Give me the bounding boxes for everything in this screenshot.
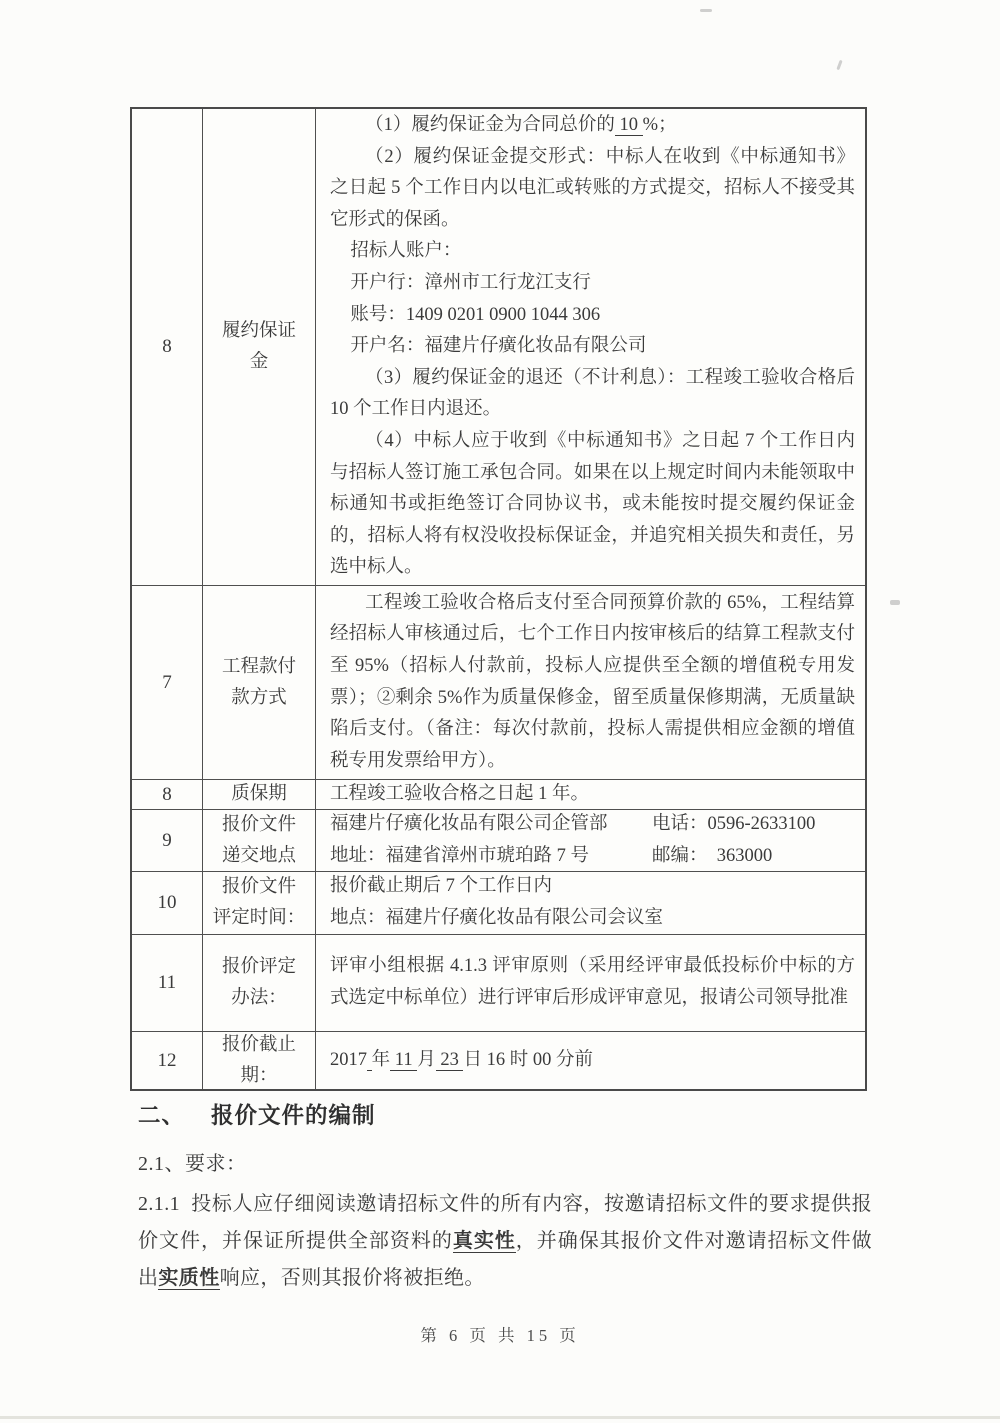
row-label-cell: 报价文件 递交地点: [203, 810, 316, 871]
text-run: 电话：0596-2633100: [652, 810, 855, 841]
row-content-cell: 2017 年 11 月 23 日 16 时 00 分前: [316, 1032, 865, 1089]
text-run: 邮编： 363000: [652, 841, 855, 872]
content-paragraph: 评审小组根据 4.1.3 评审原则（采用经评审最低投标价中标的方式选定中标单位）…: [330, 951, 855, 1014]
text-run: 11: [390, 1050, 417, 1071]
scan-speck-artifact: [836, 60, 842, 70]
text-run: %；: [643, 115, 677, 135]
text-run: 响应，否则其报价将被拒绝。: [220, 1267, 485, 1289]
content-line: 地址：福建省漳州市琥珀路 7 号邮编： 363000: [330, 841, 855, 872]
text-run: 月: [417, 1050, 436, 1070]
text-run: 工程竣工验收合格之日起 1 年。: [330, 784, 589, 804]
table-row: 8履约保证 金（1）履约保证金为合同总价的 10 %；（2）履约保证金提交形式：…: [132, 109, 865, 586]
content-paragraph: 报价截止期后 7 个工作日内: [330, 872, 855, 903]
text-run: 地址：福建省漳州市琥珀路 7 号: [330, 841, 652, 872]
section-heading-number: 二、: [138, 1103, 185, 1128]
text-run: 招标人账户：: [350, 241, 461, 261]
text-run: 10: [615, 115, 643, 136]
text-run: （1）履约保证金为合同总价的: [365, 115, 615, 135]
text-run: 福建片仔癀化妆品有限公司企管部: [330, 810, 652, 841]
section-heading-title: 报价文件的编制: [211, 1103, 376, 1128]
row-label-cell: 报价文件 评定时间：: [203, 872, 316, 934]
text-run: 真实性: [453, 1230, 516, 1253]
text-run: 工程竣工验收合格后支付至合同预算价款的 65%，工程结算经招标人审核通过后，七个…: [330, 593, 855, 771]
content-paragraph: 工程竣工验收合格后支付至合同预算价款的 65%，工程结算经招标人审核通过后，七个…: [330, 588, 855, 778]
section-heading: 二、报价文件的编制: [138, 1098, 872, 1130]
scan-edge-artifact: [0, 1416, 1000, 1419]
row-number-cell: 11: [132, 935, 203, 1031]
text-run: 年: [372, 1050, 391, 1070]
row-content-cell: 福建片仔癀化妆品有限公司企管部电话：0596-2633100地址：福建省漳州市琥…: [316, 810, 865, 871]
row-label-cell: 质保期: [203, 780, 316, 809]
table-row: 8质保期工程竣工验收合格之日起 1 年。: [132, 780, 865, 810]
scan-speck-artifact: [890, 600, 900, 605]
scan-speck-artifact: [700, 9, 712, 12]
document-page: 8履约保证 金（1）履约保证金为合同总价的 10 %；（2）履约保证金提交形式：…: [0, 0, 1000, 1423]
row-content-cell: 评审小组根据 4.1.3 评审原则（采用经评审最低投标价中标的方式选定中标单位）…: [316, 935, 865, 1031]
table-row: 12报价截止 期：2017 年 11 月 23 日 16 时 00 分前: [132, 1032, 865, 1089]
text-run: 开户名：福建片仔癀化妆品有限公司: [350, 336, 646, 356]
row-content-cell: （1）履约保证金为合同总价的 10 %；（2）履约保证金提交形式：中标人在收到《…: [316, 109, 865, 585]
row-content-cell: 报价截止期后 7 个工作日内地点：福建片仔癀化妆品有限公司会议室: [316, 872, 865, 934]
content-paragraph: 开户行：漳州市工行龙江支行: [330, 268, 855, 300]
text-run: 地点：福建片仔癀化妆品有限公司会议室: [330, 908, 663, 928]
content-paragraph: （2）履约保证金提交形式：中标人在收到《中标通知书》之日起 5 个工作日内以电汇…: [330, 142, 855, 237]
content-paragraph: 开户名：福建片仔癀化妆品有限公司: [330, 331, 855, 363]
row-label-cell: 报价评定 办法：: [203, 935, 316, 1031]
section-2: 二、报价文件的编制 2.1、要求： 2.1.1 投标人应仔细阅读邀请招标文件的所…: [138, 1098, 872, 1297]
content-paragraph: 招标人账户：: [330, 236, 855, 268]
row-number-cell: 9: [132, 810, 203, 871]
row-number-cell: 8: [132, 109, 203, 585]
text-run: 评审小组根据 4.1.3 评审原则（采用经评审最低投标价中标的方式选定中标单位）…: [330, 956, 855, 1008]
content-line: 福建片仔癀化妆品有限公司企管部电话：0596-2633100: [330, 810, 855, 841]
row-number-cell: 12: [132, 1032, 203, 1089]
clause-2-1: 2.1、要求：: [138, 1147, 872, 1176]
table-row: 7工程款付 款方式工程竣工验收合格后支付至合同预算价款的 65%，工程结算经招标…: [132, 586, 865, 780]
table-row: 9报价文件 递交地点福建片仔癀化妆品有限公司企管部电话：0596-2633100…: [132, 810, 865, 872]
row-number-cell: 7: [132, 586, 203, 779]
content-paragraph: （4）中标人应于收到《中标通知书》之日起 7 个工作日内与招标人签订施工承包合同…: [330, 426, 855, 584]
content-paragraph: （1）履约保证金为合同总价的 10 %；: [330, 110, 855, 142]
text-run: （4）中标人应于收到《中标通知书》之日起 7 个工作日内与招标人签订施工承包合同…: [330, 431, 855, 577]
text-run: 实质性: [158, 1267, 219, 1290]
content-paragraph: （3）履约保证金的退还（不计利息）：工程竣工验收合格后 10 个工作日内退还。: [330, 363, 855, 426]
text-run: （2）履约保证金提交形式：中标人在收到《中标通知书》之日起 5 个工作日内以电汇…: [330, 147, 855, 230]
text-run: （3）履约保证金的退还（不计利息）：工程竣工验收合格后 10 个工作日内退还。: [330, 368, 860, 420]
content-paragraph: 工程竣工验收合格之日起 1 年。: [330, 780, 855, 809]
page-footer: 第 6 页 共 15 页: [0, 1322, 1000, 1346]
content-paragraph: 账号：1409 0201 0900 1044 306: [330, 300, 855, 332]
text-run: 开户行：漳州市工行龙江支行: [350, 273, 591, 293]
row-content-cell: 工程竣工验收合格后支付至合同预算价款的 65%，工程结算经招标人审核通过后，七个…: [316, 586, 865, 779]
row-number-cell: 10: [132, 872, 203, 934]
text-run: 23: [436, 1050, 464, 1071]
content-paragraph: 2017 年 11 月 23 日 16 时 00 分前: [330, 1045, 855, 1077]
text-run: 日 16 时 00 分前: [463, 1050, 593, 1070]
spec-table: 8履约保证 金（1）履约保证金为合同总价的 10 %；（2）履约保证金提交形式：…: [130, 107, 867, 1091]
row-number-cell: 8: [132, 780, 203, 809]
row-label-cell: 工程款付 款方式: [203, 586, 316, 779]
clause-2-1-1: 2.1.1 投标人应仔细阅读邀请招标文件的所有内容，按邀请招标文件的要求提供报价…: [138, 1186, 872, 1297]
row-label-cell: 履约保证 金: [203, 109, 316, 585]
text-run: 2017: [330, 1050, 367, 1070]
content-paragraph: 地点：福建片仔癀化妆品有限公司会议室: [330, 903, 855, 934]
table-row: 11报价评定 办法：评审小组根据 4.1.3 评审原则（采用经评审最低投标价中标…: [132, 935, 865, 1032]
row-label-cell: 报价截止 期：: [203, 1032, 316, 1089]
text-run: 账号：1409 0201 0900 1044 306: [350, 305, 600, 325]
text-run: 报价截止期后 7 个工作日内: [330, 876, 552, 896]
row-content-cell: 工程竣工验收合格之日起 1 年。: [316, 780, 865, 809]
table-row: 10报价文件 评定时间：报价截止期后 7 个工作日内地点：福建片仔癀化妆品有限公…: [132, 872, 865, 935]
